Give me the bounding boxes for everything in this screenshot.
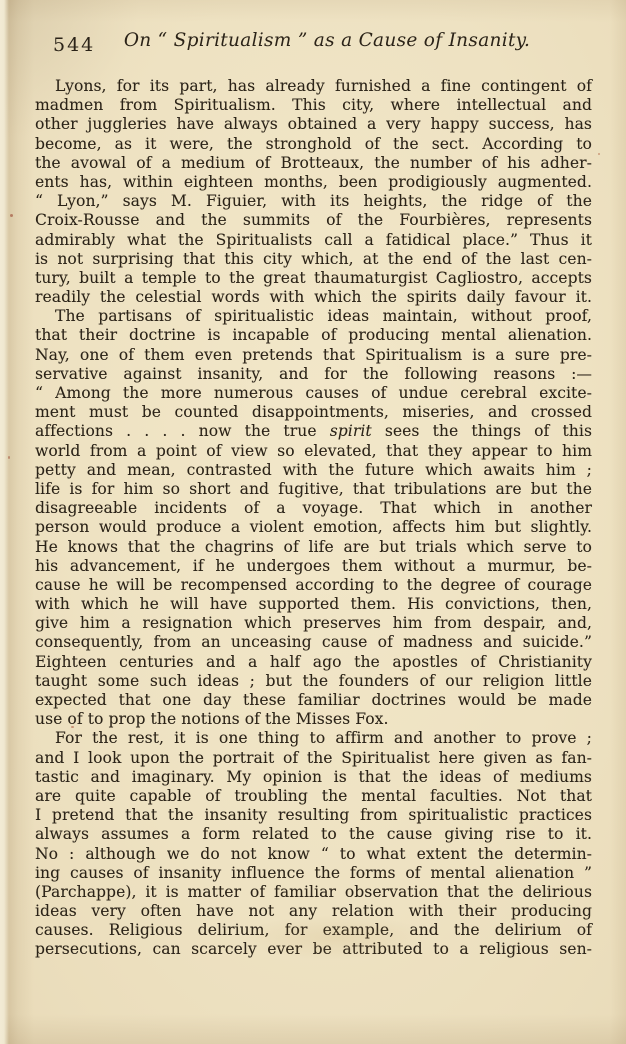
- text-line: give him a resignation which preserves h…: [35, 614, 592, 633]
- text-line: I pretend that the insanity resulting fr…: [35, 806, 592, 825]
- text-line: Nay, one of them even pretends that Spir…: [35, 346, 592, 365]
- text-line: and I look upon the portrait of the Spir…: [35, 749, 592, 768]
- paper-speck: [598, 153, 600, 155]
- text-line: ing causes of insanity influence the for…: [35, 864, 592, 883]
- text-line: “ Among the more numerous causes of undu…: [35, 384, 592, 403]
- text-line: Eighteen centuries and a half ago the ap…: [35, 653, 592, 672]
- text-line: madmen from Spiritualism. This city, whe…: [35, 96, 592, 115]
- text-line: person would produce a violent emotion, …: [35, 518, 592, 537]
- text-line: other juggleries have always obtained a …: [35, 115, 592, 134]
- text-line: admirably what the Spiritualists call a …: [35, 231, 592, 250]
- text-line: For the rest, it is one thing to affirm …: [35, 729, 592, 748]
- text-line: taught some such ideas ; but the founder…: [35, 672, 592, 691]
- text-line: are quite capable of troubling the menta…: [35, 787, 592, 806]
- book-page: 544 On “ Spiritualism ” as a Cause of In…: [0, 0, 626, 1044]
- paper-speck: [71, 726, 74, 728]
- text-line: use of to prop the notions of the Misses…: [35, 710, 592, 729]
- paper-speck: [10, 214, 13, 217]
- text-line: servative against insanity, and for the …: [35, 365, 592, 384]
- text-line: tury, built a temple to the great thauma…: [35, 269, 592, 288]
- running-header: 544 On “ Spiritualism ” as a Cause of In…: [0, 30, 626, 62]
- text-line: life is for him so short and fugitive, t…: [35, 480, 592, 499]
- text-line: his advancement, if he undergoes them wi…: [35, 557, 592, 576]
- text-line: (Parchappe), it is matter of familiar ob…: [35, 883, 592, 902]
- text-line: disagreeable incidents of a voyage. That…: [35, 499, 592, 518]
- text-line: tastic and imaginary. My opinion is that…: [35, 768, 592, 787]
- text-line: that their doctrine is incapable of prod…: [35, 326, 592, 345]
- text-line: No : although we do not know “ to what e…: [35, 845, 592, 864]
- text-line: become, as it were, the stronghold of th…: [35, 135, 592, 154]
- text-line: Croix-Rousse and the summits of the Four…: [35, 211, 592, 230]
- paper-speck: [8, 456, 10, 459]
- text-line: is not surprising that this city which, …: [35, 250, 592, 269]
- text-line: always assumes a form related to the cau…: [35, 825, 592, 844]
- text-line: petty and mean, contrasted with the futu…: [35, 461, 592, 480]
- text-line: The partisans of spiritualistic ideas ma…: [35, 307, 592, 326]
- text-line: Lyons, for its part, has already furnish…: [35, 77, 592, 96]
- text-line: ents has, within eighteen months, been p…: [35, 173, 592, 192]
- text-line: readily the celestial words with which t…: [35, 288, 592, 307]
- text-line: “ Lyon,” says M. Figuier, with its heigh…: [35, 192, 592, 211]
- text-line: the avowal of a medium of Brotteaux, the…: [35, 154, 592, 173]
- text-line: with which he will have supported them. …: [35, 595, 592, 614]
- body-text: Lyons, for its part, has already furnish…: [35, 77, 592, 960]
- text-line: ment must be counted disappointments, mi…: [35, 403, 592, 422]
- paper-stain: [240, 915, 430, 960]
- text-line: affections . . . . now the true spirit s…: [35, 422, 592, 441]
- text-line: world from a point of view so elevated, …: [35, 442, 592, 461]
- text-line: He knows that the chagrins of life are b…: [35, 538, 592, 557]
- text-line: consequently, from an unceasing cause of…: [35, 633, 592, 652]
- text-line: expected that one day these familiar doc…: [35, 691, 592, 710]
- header-title: On “ Spiritualism ” as a Cause of Insani…: [14, 30, 626, 51]
- text-line: cause he will be recompensed according t…: [35, 576, 592, 595]
